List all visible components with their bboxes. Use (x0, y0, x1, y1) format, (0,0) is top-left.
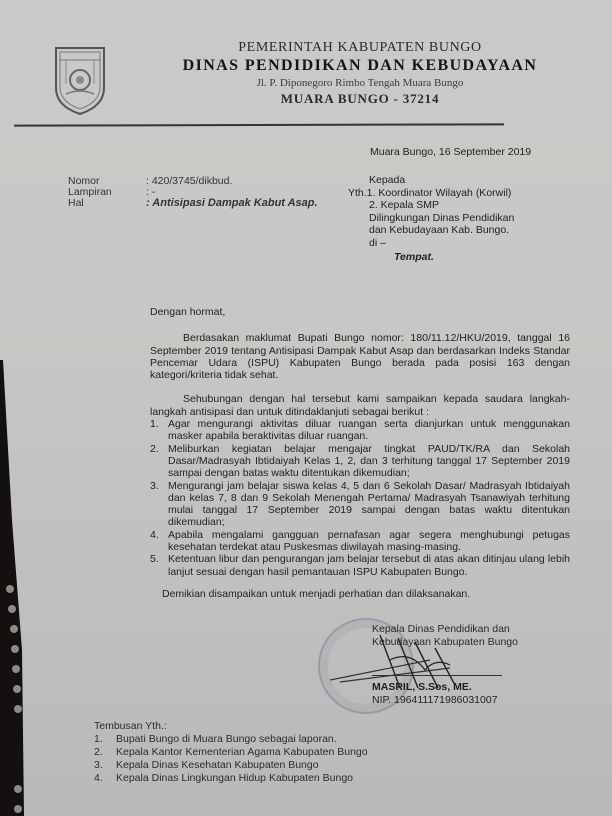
carbon-copy-list: Tembusan Yth.: 1.Bupati Bungo di Muara B… (94, 720, 368, 785)
signatory-name: MASRIL, S.Sos, ME. (372, 681, 498, 694)
recipient-block: Kepada Yth.1. Koordinator Wilayah (Korwi… (348, 174, 514, 264)
list-item: 3.Kepala Dinas Kesehatan Kabupaten Bungo (94, 759, 368, 772)
paragraph-2: Sehubungan dengan hal tersebut kami samp… (150, 393, 570, 418)
signatory: MASRIL, S.Sos, ME. NIP. 1964111719860310… (372, 681, 498, 706)
recipient-line-2: 2. Kepala SMP (348, 199, 514, 212)
letter-date: Muara Bungo, 16 September 2019 (370, 146, 531, 158)
list-item: 2.Kepala Kantor Kementerian Agama Kabupa… (94, 746, 368, 759)
letterhead-office: DINAS PENDIDIKAN DAN KEBUDAYAAN (120, 56, 600, 76)
letterhead-divider (14, 123, 504, 126)
recipient-line-5: di – (348, 237, 514, 250)
list-item: 2.Meliburkan kegiatan belajar mengajar t… (150, 443, 570, 480)
attachment-value: : - (146, 186, 155, 197)
list-item: 4.Kepala Dinas Lingkungan Hidup Kabupate… (94, 772, 368, 785)
steps-list: 1.Agar mengurangi aktivitas diluar ruang… (150, 418, 570, 578)
list-item: 3.Mengurangi jam belajar siswa kelas 4, … (150, 480, 570, 529)
list-item: 1.Agar mengurangi aktivitas diluar ruang… (150, 418, 570, 443)
paragraph-1: Berdasakan maklumat Bupati Bungo nomor: … (150, 332, 570, 381)
greeting: Dengan hormat, (150, 306, 570, 318)
recipient-place: Tempat. (348, 251, 514, 264)
closing-sentence: Demikian disampaikan untuk menjadi perha… (150, 588, 570, 600)
list-item: 1.Bupati Bungo di Muara Bungo sebagai la… (94, 733, 368, 746)
subject-value: : Antisipasi Dampak Kabut Asap. (146, 197, 318, 208)
recipient-line-4: dan Kebudayaan Kab. Bungo. (348, 224, 514, 237)
list-item: 4.Apabila mengalami gangguan pernafasan … (150, 529, 570, 554)
letterhead-address: Jl. P. Diponegoro Rimbo Tengah Muara Bun… (120, 76, 600, 90)
signature-line (372, 675, 502, 676)
number-value: : 420/3745/dikbud. (146, 175, 232, 186)
recipient-kepada: Kepada (348, 174, 514, 187)
cc-heading: Tembusan Yth.: (94, 720, 368, 733)
list-item: 5.Ketentuan libur dan pengurangan jam be… (150, 553, 570, 578)
letterhead-government: PEMERINTAH KABUPATEN BUNGO (120, 40, 600, 56)
letter-meta: Nomor : 420/3745/dikbud. Lampiran : - Ha… (68, 175, 318, 208)
letterhead: PEMERINTAH KABUPATEN BUNGO DINAS PENDIDI… (120, 40, 600, 107)
regency-crest-icon (52, 44, 108, 116)
number-label: Nomor (68, 175, 146, 186)
recipient-line-1: Yth.1. Koordinator Wilayah (Korwil) (348, 187, 514, 200)
letterhead-city: MUARA BUNGO - 37214 (120, 90, 600, 107)
recipient-line-3: Dilingkungan Dinas Pendidikan (348, 212, 514, 225)
attachment-label: Lampiran (68, 186, 146, 197)
letter-page: PEMERINTAH KABUPATEN BUNGO DINAS PENDIDI… (0, 0, 612, 816)
signatory-nip: NIP. 196411171986031007 (372, 694, 498, 707)
letter-body: Dengan hormat, Berdasakan maklumat Bupat… (150, 306, 570, 600)
subject-label: Hal (68, 197, 146, 208)
